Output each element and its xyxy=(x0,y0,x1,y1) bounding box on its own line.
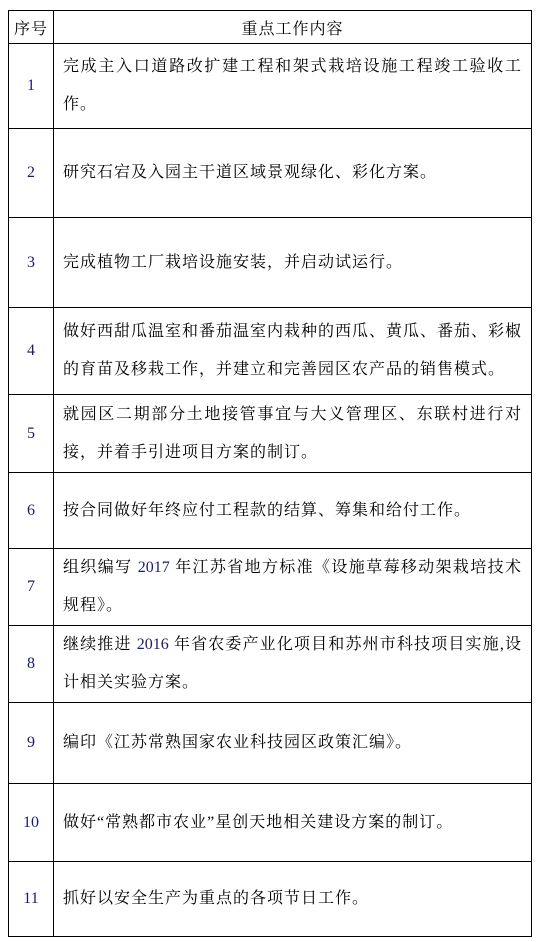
work-content-cell: 研究石宕及入园主干道区域景观绿化、彩化方案。 xyxy=(54,129,532,218)
row-number-cell: 1 xyxy=(9,44,54,129)
table-row: 11 抓好以安全生产为重点的各项节日工作。 xyxy=(9,862,532,937)
row-number-cell: 8 xyxy=(9,626,54,703)
table-row: 9 编印《江苏常熟国家农业科技园区政策汇编》。 xyxy=(9,703,532,784)
row-number-cell: 5 xyxy=(9,395,54,473)
table-row: 10 做好“常熟都市农业”星创天地相关建设方案的制订。 xyxy=(9,784,532,862)
work-content-cell: 完成植物工厂栽培设施安装，并启动试运行。 xyxy=(54,218,532,308)
work-content-cell: 做好西甜瓜温室和番茄温室内栽种的西瓜、黄瓜、番茄、彩椒的育苗及移栽工作，并建立和… xyxy=(54,308,532,395)
table-row: 4 做好西甜瓜温室和番茄温室内栽种的西瓜、黄瓜、番茄、彩椒的育苗及移栽工作，并建… xyxy=(9,308,532,395)
row-number-cell: 3 xyxy=(9,218,54,308)
key-work-table: 序号 重点工作内容 1 完成主入口道路改扩建工程和架式栽培设施工程竣工验收工作。… xyxy=(8,10,532,937)
row-number-cell: 10 xyxy=(9,784,54,862)
row-number-cell: 9 xyxy=(9,703,54,784)
table-row: 7 组织编写 2017 年江苏省地方标准《设施草莓移动架栽培技术规程》。 xyxy=(9,549,532,626)
work-content-cell: 就园区二期部分土地接管事宜与大义管理区、东联村进行对接，并着手引进项目方案的制订… xyxy=(54,395,532,473)
table-row: 1 完成主入口道路改扩建工程和架式栽培设施工程竣工验收工作。 xyxy=(9,44,532,129)
header-work-content: 重点工作内容 xyxy=(54,11,532,44)
header-row: 序号 重点工作内容 xyxy=(9,11,532,44)
row-number-cell: 7 xyxy=(9,549,54,626)
work-content-cell: 完成主入口道路改扩建工程和架式栽培设施工程竣工验收工作。 xyxy=(54,44,532,129)
work-content-cell: 抓好以安全生产为重点的各项节日工作。 xyxy=(54,862,532,937)
row-number-cell: 4 xyxy=(9,308,54,395)
work-content-cell: 组织编写 2017 年江苏省地方标准《设施草莓移动架栽培技术规程》。 xyxy=(54,549,532,626)
header-serial-number: 序号 xyxy=(9,11,54,44)
row-number-cell: 2 xyxy=(9,129,54,218)
work-content-cell: 做好“常熟都市农业”星创天地相关建设方案的制订。 xyxy=(54,784,532,862)
table-row: 3 完成植物工厂栽培设施安装，并启动试运行。 xyxy=(9,218,532,308)
work-content-cell: 按合同做好年终应付工程款的结算、筹集和给付工作。 xyxy=(54,473,532,549)
table-row: 8 继续推进 2016 年省农委产业化项目和苏州市科技项目实施,设计相关实验方案… xyxy=(9,626,532,703)
row-number-cell: 6 xyxy=(9,473,54,549)
work-content-cell: 编印《江苏常熟国家农业科技园区政策汇编》。 xyxy=(54,703,532,784)
table-row: 2 研究石宕及入园主干道区域景观绿化、彩化方案。 xyxy=(9,129,532,218)
table-row: 6 按合同做好年终应付工程款的结算、筹集和给付工作。 xyxy=(9,473,532,549)
work-content-cell: 继续推进 2016 年省农委产业化项目和苏州市科技项目实施,设计相关实验方案。 xyxy=(54,626,532,703)
row-number-cell: 11 xyxy=(9,862,54,937)
table-row: 5 就园区二期部分土地接管事宜与大义管理区、东联村进行对接，并着手引进项目方案的… xyxy=(9,395,532,473)
